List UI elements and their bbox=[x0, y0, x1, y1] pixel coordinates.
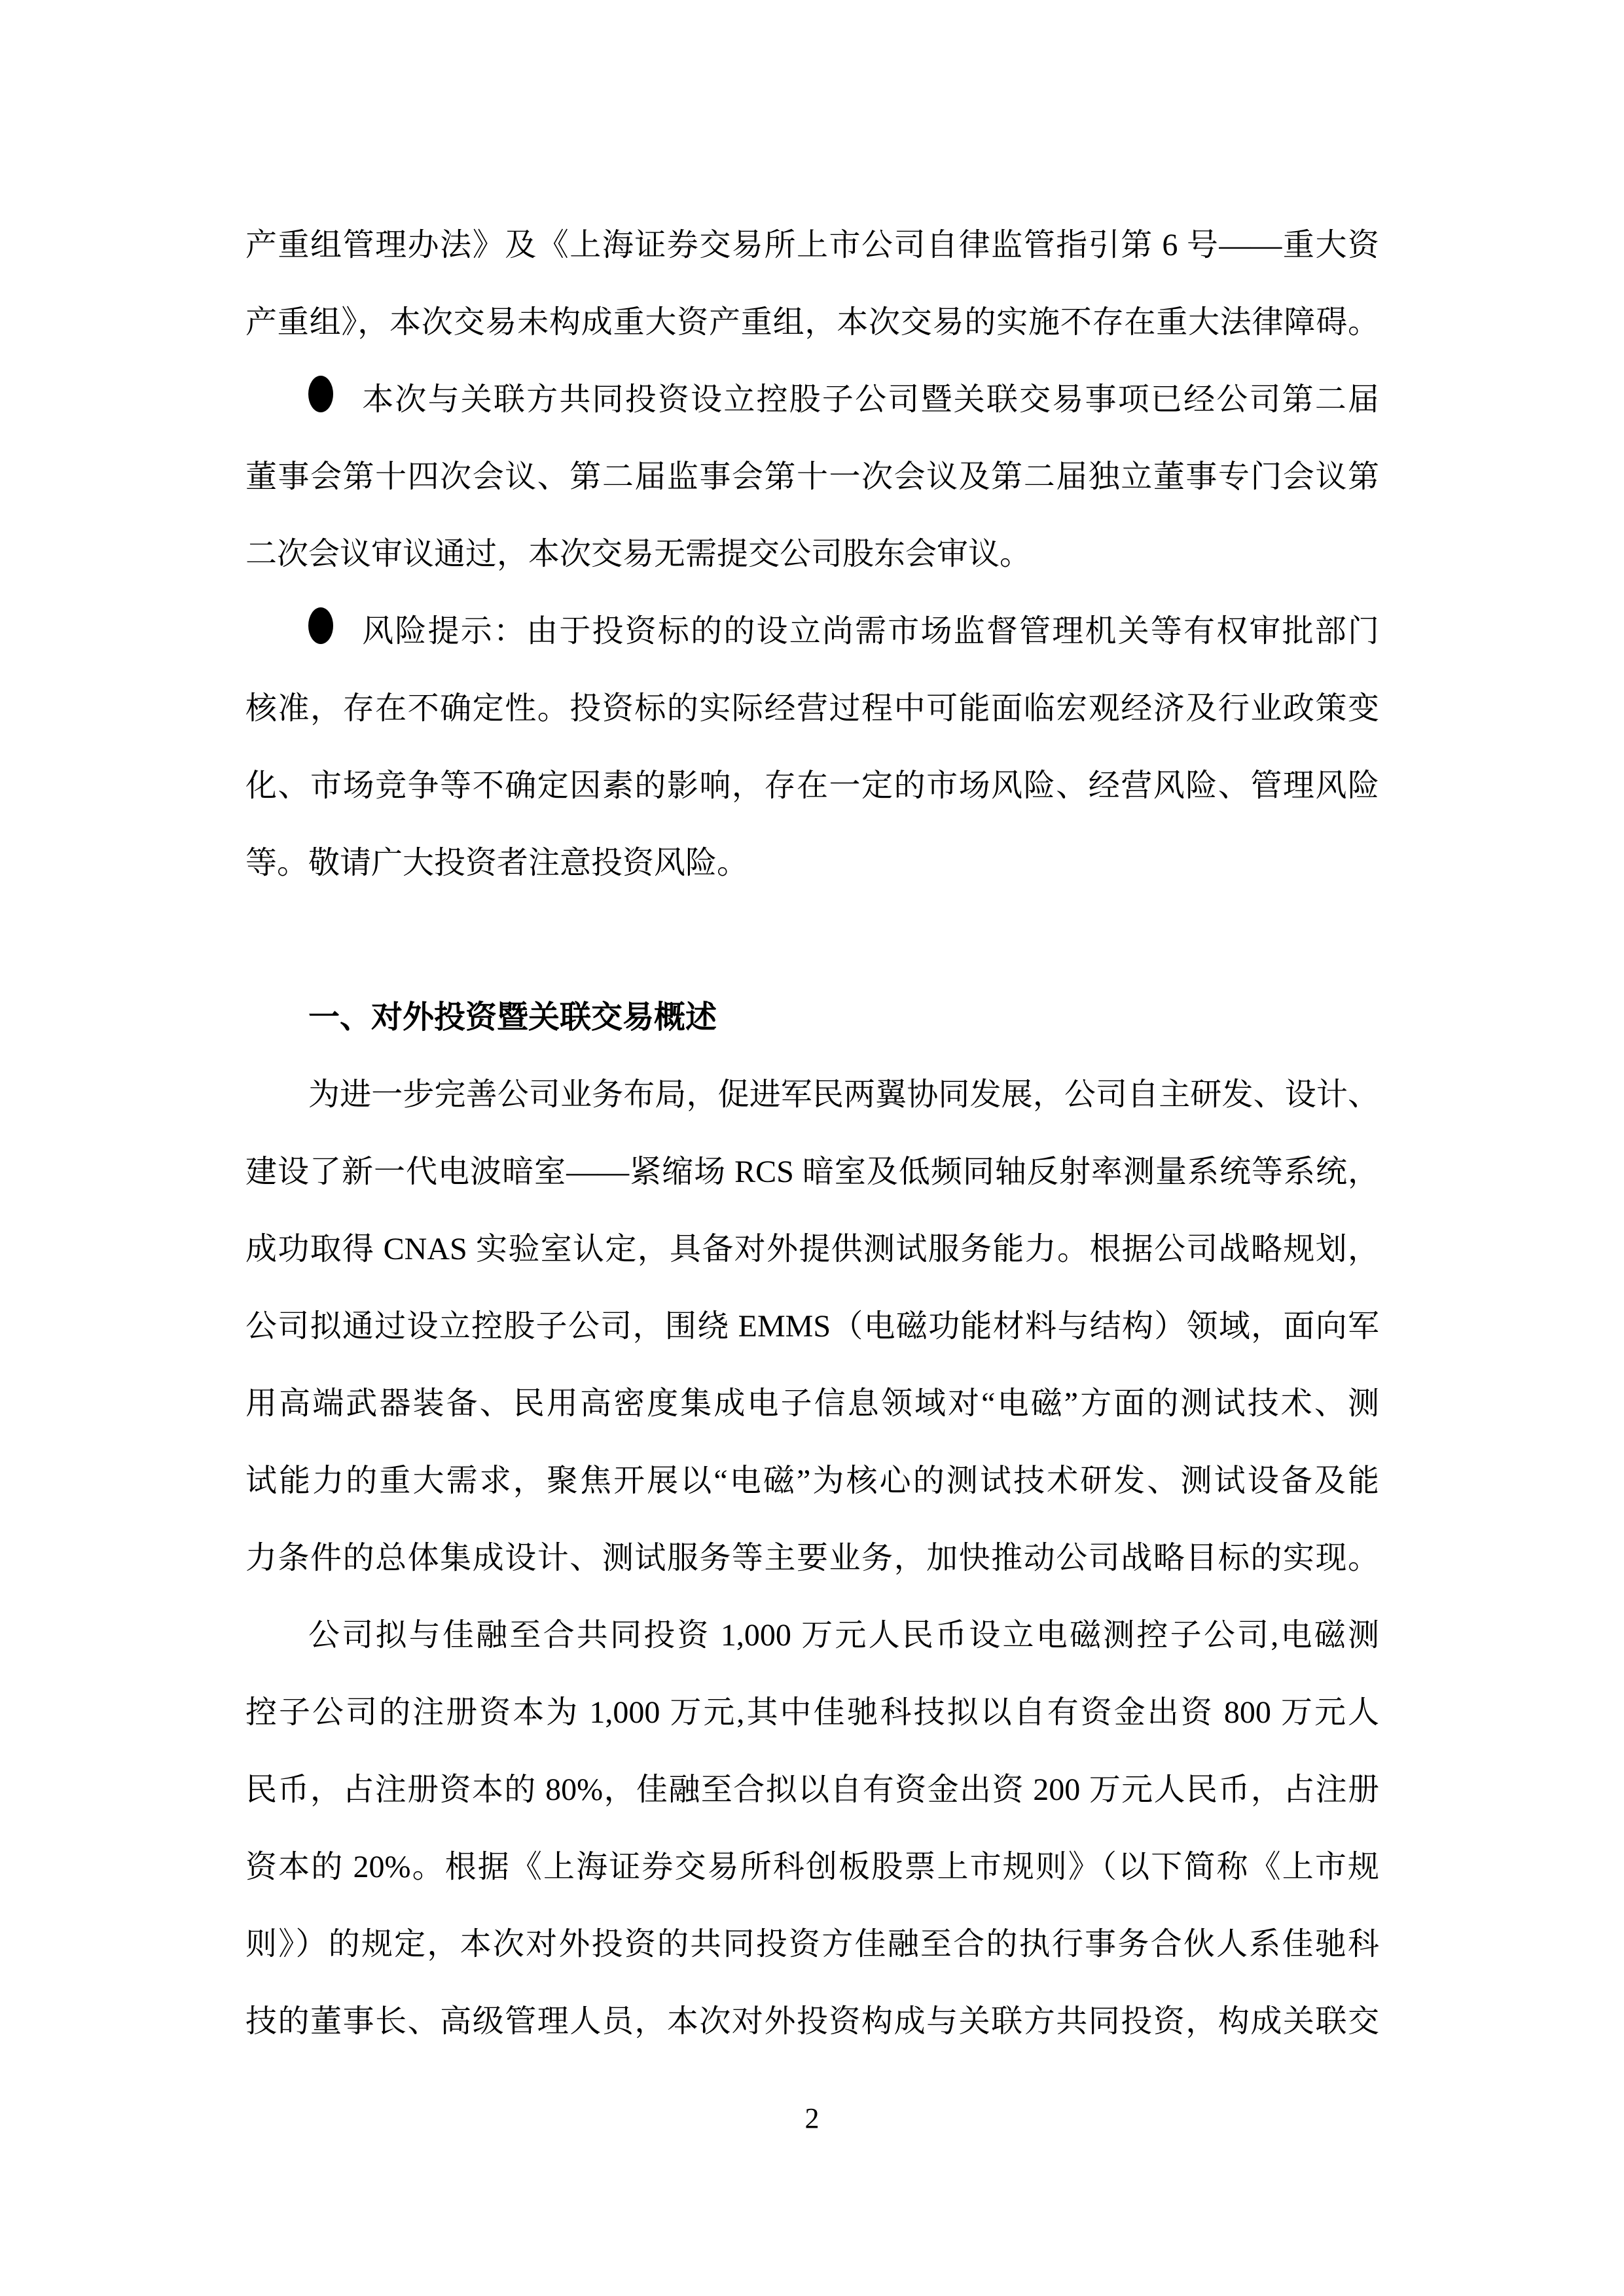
text-line: 试能力的重大需求，聚焦开展以“电磁”为核心的测试技术研发、测试设备及能 bbox=[245, 1443, 1379, 1520]
text-line: 为进一步完善公司业务布局，促进军民两翼协同发展，公司自主研发、设计、 bbox=[245, 1056, 1379, 1134]
text-line: 公司拟与佳融至合共同投资 1,000 万元人民币设立电磁测控子公司,电磁测 bbox=[245, 1597, 1379, 1674]
document-body: 产重组管理办法》及《上海证券交易所上市公司自律监管指引第 6 号——重大资产重组… bbox=[245, 207, 1379, 2060]
text-line: 资本的 20%。根据《上海证券交易所科创板股票上市规则》（以下简称《上市规 bbox=[245, 1829, 1379, 1906]
text-line: 力条件的总体集成设计、测试服务等主要业务，加快推动公司战略目标的实现。 bbox=[245, 1520, 1379, 1597]
blank-line bbox=[245, 902, 1379, 979]
text-line: 二次会议审议通过，本次交易无需提交公司股东会审议。 bbox=[245, 516, 1379, 593]
bullet-icon bbox=[308, 593, 361, 670]
text-line: 技的董事长、高级管理人员，本次对外投资构成与关联方共同投资，构成关联交 bbox=[245, 1983, 1379, 2060]
bullet-icon bbox=[308, 361, 361, 439]
text-line: 等。敬请广大投资者注意投资风险。 bbox=[245, 825, 1379, 902]
text-line: 核准，存在不确定性。投资标的实际经营过程中可能面临宏观经济及行业政策变 bbox=[245, 670, 1379, 747]
page-number: 2 bbox=[0, 2089, 1624, 2148]
bullet-dot-icon bbox=[308, 376, 333, 412]
text-line: 董事会第十四次会议、第二届监事会第十一次会议及第二届独立董事专门会议第 bbox=[245, 439, 1379, 516]
text-line: 控子公司的注册资本为 1,000 万元,其中佳驰科技拟以自有资金出资 800 万… bbox=[245, 1674, 1379, 1751]
text-line: 风险提示：由于投资标的的设立尚需市场监督管理机关等有权审批部门 bbox=[245, 593, 1379, 670]
text-line: 用高端武器装备、民用高密度集成电子信息领域对“电磁”方面的测试技术、测 bbox=[245, 1365, 1379, 1443]
document-page: 产重组管理办法》及《上海证券交易所上市公司自律监管指引第 6 号——重大资产重组… bbox=[0, 0, 1624, 2296]
text-line: 建设了新一代电波暗室——紧缩场 RCS 暗室及低频同轴反射率测量系统等系统， bbox=[245, 1134, 1379, 1211]
text-line: 本次与关联方共同投资设立控股子公司暨关联交易事项已经公司第二届 bbox=[245, 361, 1379, 439]
text-line: 化、市场竞争等不确定因素的影响，存在一定的市场风险、经营风险、管理风险 bbox=[245, 747, 1379, 825]
text-line: 成功取得 CNAS 实验室认定，具备对外提供测试服务能力。根据公司战略规划， bbox=[245, 1211, 1379, 1288]
text-line: 民币，占注册资本的 80%，佳融至合拟以自有资金出资 200 万元人民币，占注册 bbox=[245, 1751, 1379, 1829]
text-line: 产重组管理办法》及《上海证券交易所上市公司自律监管指引第 6 号——重大资 bbox=[245, 207, 1379, 284]
section-heading: 一、对外投资暨关联交易概述 bbox=[245, 979, 1379, 1056]
text-line: 公司拟通过设立控股子公司，围绕 EMMS（电磁功能材料与结构）领域，面向军 bbox=[245, 1288, 1379, 1365]
text-line: 产重组》，本次交易未构成重大资产重组，本次交易的实施不存在重大法律障碍。 bbox=[245, 284, 1379, 361]
text-line: 则》）的规定，本次对外投资的共同投资方佳融至合的执行事务合伙人系佳驰科 bbox=[245, 1906, 1379, 1983]
bullet-dot-icon bbox=[308, 607, 333, 644]
